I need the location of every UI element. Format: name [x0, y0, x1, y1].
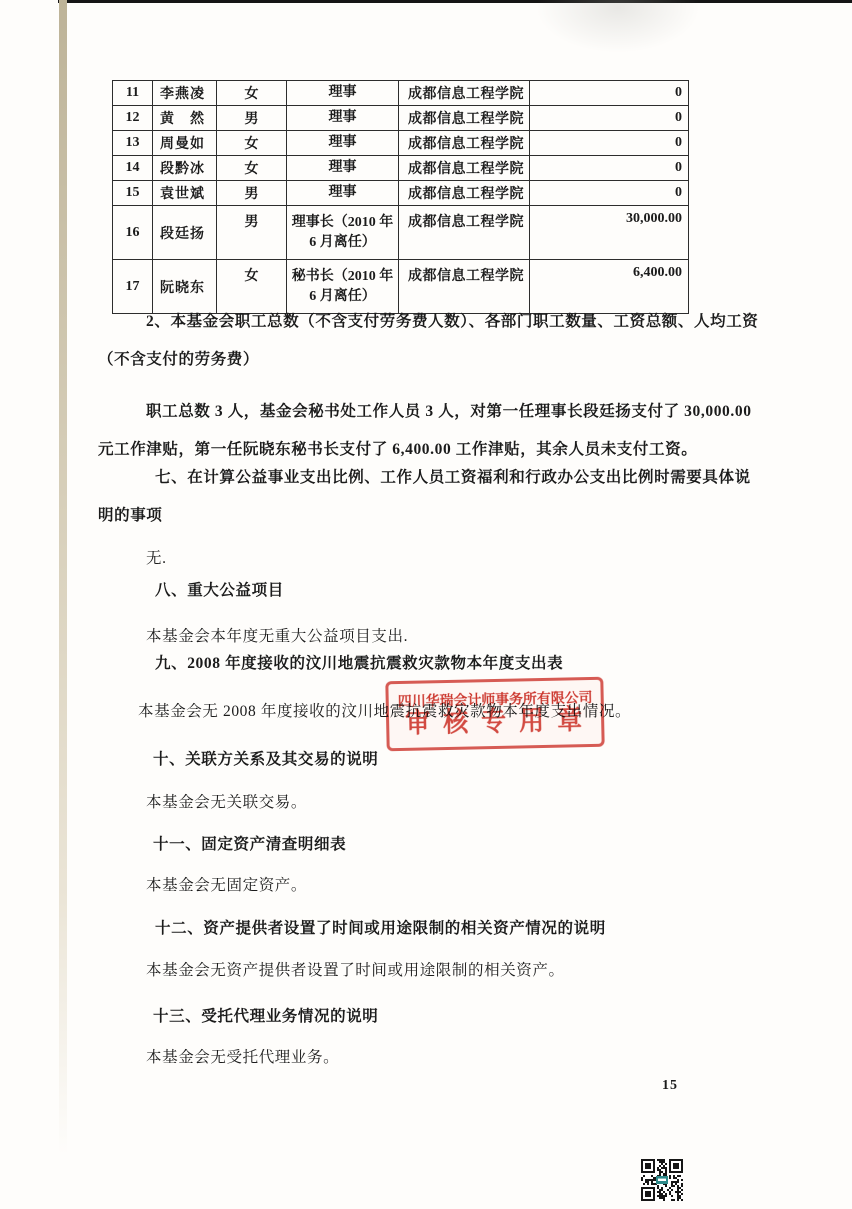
table-cell-org: 成都信息工程学院 [399, 156, 530, 181]
section-heading: 十三、受托代理业务情况的说明 [98, 998, 760, 1036]
scan-edge-line [58, 0, 852, 3]
table-cell-org: 成都信息工程学院 [399, 181, 530, 206]
paragraph: 职工总数 3 人，基金会秘书处工作人员 3 人，对第一任理事长段廷扬支付了 30… [98, 393, 760, 469]
paragraph: 本基金会无受托代理业务。 [98, 1039, 760, 1077]
table-cell-amt: 0 [530, 81, 689, 106]
table-cell-name: 段廷扬 [153, 206, 217, 260]
qr-code [641, 1159, 683, 1201]
paragraph: 本基金会无固定资产。 [98, 867, 760, 905]
scan-smudge [538, 0, 698, 52]
table-cell-name: 黄 然 [153, 106, 217, 131]
table-cell-amt: 0 [530, 131, 689, 156]
table-cell-pos: 理事 [287, 131, 399, 156]
scanned-document-page: 11李燕凌女理事成都信息工程学院012黄 然男理事成都信息工程学院013周曼如女… [0, 0, 852, 1209]
table-cell-amt: 0 [530, 106, 689, 131]
table-cell-name: 袁世斌 [153, 181, 217, 206]
table-cell-gender: 男 [217, 206, 287, 260]
table-cell-name: 段黔冰 [153, 156, 217, 181]
section-heading: 十二、资产提供者设置了时间或用途限制的相关资产情况的说明 [98, 910, 760, 948]
section-heading: 十一、固定资产清查明细表 [98, 826, 760, 864]
table-cell-amt: 30,000.00 [530, 206, 689, 260]
table-cell-pos: 理事 [287, 106, 399, 131]
table-cell-pos: 理事 [287, 181, 399, 206]
paragraph: 本基金会无资产提供者设置了时间或用途限制的相关资产。 [98, 952, 760, 990]
table-cell-no: 12 [113, 106, 153, 131]
table-cell-gender: 女 [217, 156, 287, 181]
table-cell-no: 15 [113, 181, 153, 206]
table-cell-pos: 理事 [287, 81, 399, 106]
table-row: 16段廷扬男理事长（2010 年 6 月离任）成都信息工程学院30,000.00 [113, 206, 689, 260]
table-cell-no: 16 [113, 206, 153, 260]
table-row: 12黄 然男理事成都信息工程学院0 [113, 106, 689, 131]
table-row: 15袁世斌男理事成都信息工程学院0 [113, 181, 689, 206]
audit-seal-stamp: 四川华瑞会计师事务所有限公司 审核专用章 [385, 677, 604, 752]
section-heading: 九、2008 年度接收的汶川地震抗震救灾款物本年度支出表 [98, 645, 760, 683]
section-heading: 七、在计算公益事业支出比例、工作人员工资福利和行政办公支出比例时需要具体说明的事… [98, 459, 760, 535]
paragraph: 本基金会无关联交易。 [98, 784, 760, 822]
section-heading: 八、重大公益项目 [98, 572, 760, 610]
table-cell-gender: 男 [217, 181, 287, 206]
table-cell-gender: 男 [217, 106, 287, 131]
table-cell-gender: 女 [217, 131, 287, 156]
table-cell-name: 周曼如 [153, 131, 217, 156]
table-row: 11李燕凌女理事成都信息工程学院0 [113, 81, 689, 106]
table-cell-amt: 0 [530, 156, 689, 181]
table-cell-pos: 理事 [287, 156, 399, 181]
page-number: 15 [662, 1078, 678, 1094]
table-row: 14段黔冰女理事成都信息工程学院0 [113, 156, 689, 181]
table-cell-org: 成都信息工程学院 [399, 206, 530, 260]
table-cell-name: 李燕凌 [153, 81, 217, 106]
table-row: 13周曼如女理事成都信息工程学院0 [113, 131, 689, 156]
table-cell-no: 11 [113, 81, 153, 106]
table-cell-org: 成都信息工程学院 [399, 131, 530, 156]
section-heading: 2、本基金会职工总数（不含支付劳务费人数）、各部门职工数量、工资总额、人均工资（… [98, 303, 760, 379]
table-cell-no: 13 [113, 131, 153, 156]
table-cell-gender: 女 [217, 81, 287, 106]
table-cell-org: 成都信息工程学院 [399, 81, 530, 106]
page-fold-shadow [59, 0, 67, 1155]
table-cell-pos: 理事长（2010 年 6 月离任） [287, 206, 399, 260]
table-cell-no: 14 [113, 156, 153, 181]
table-cell-org: 成都信息工程学院 [399, 106, 530, 131]
officers-salary-table: 11李燕凌女理事成都信息工程学院012黄 然男理事成都信息工程学院013周曼如女… [112, 80, 689, 314]
stamp-seal-text: 审核专用章 [395, 704, 596, 741]
table-cell-amt: 0 [530, 181, 689, 206]
